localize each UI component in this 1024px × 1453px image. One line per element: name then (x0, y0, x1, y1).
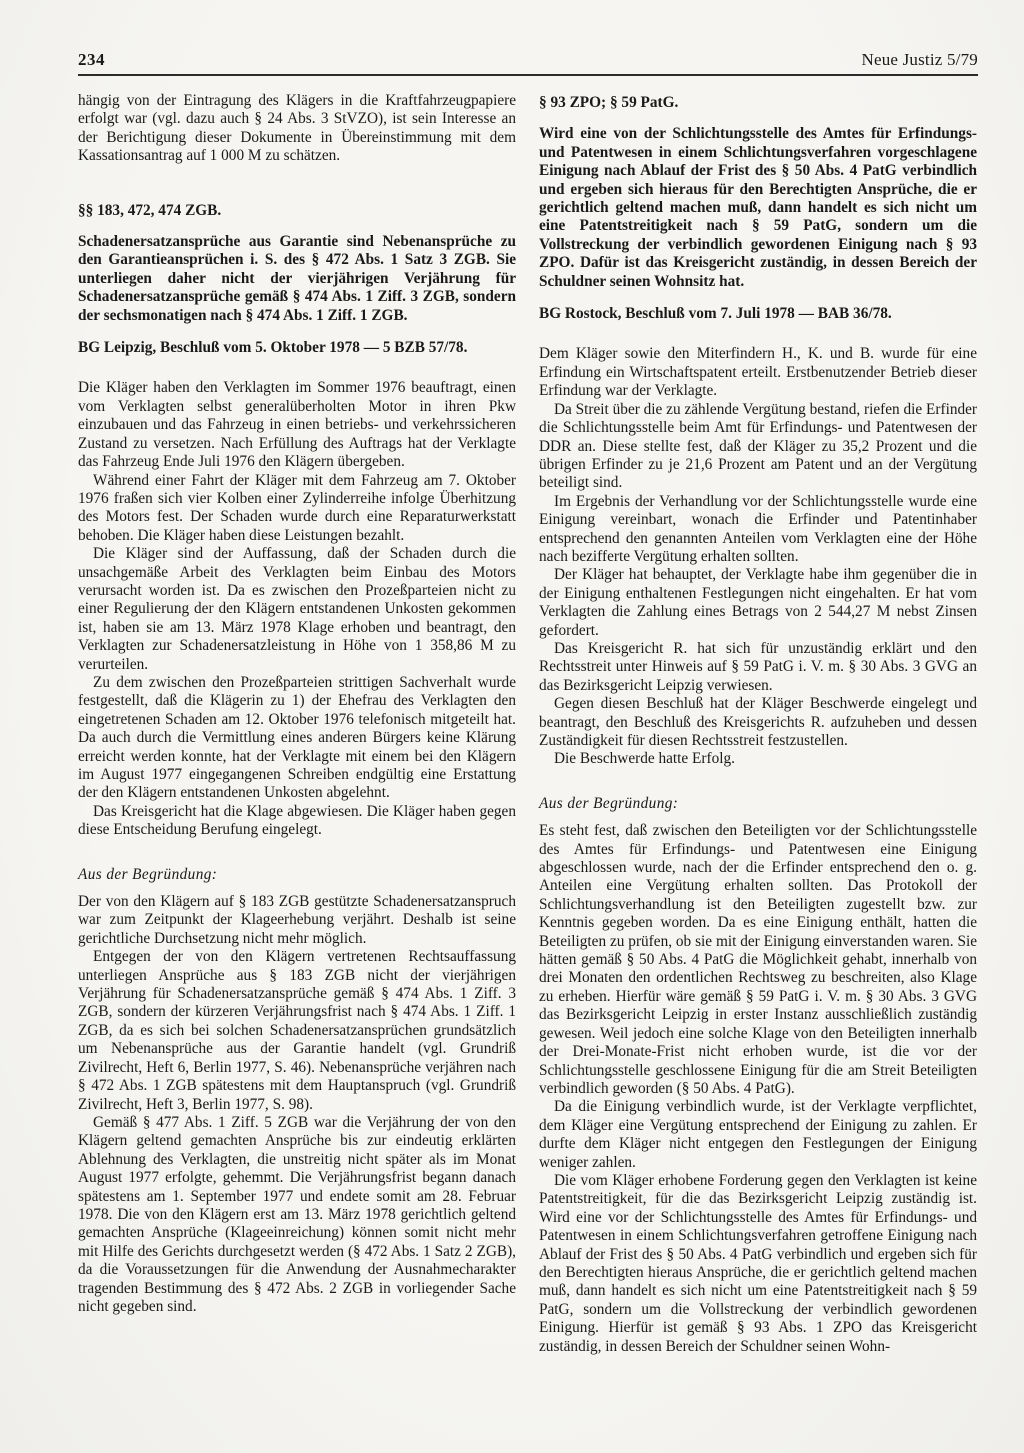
body-paragraph: Während einer Fahrt der Kläger mit dem F… (78, 472, 516, 546)
statute-heading: § 93 ZPO; § 59 PatG. (539, 94, 977, 112)
journal-page: 234 Neue Justiz 5/79 hängig von der Eint… (0, 0, 1024, 1453)
right-column: § 93 ZPO; § 59 PatG.Wird eine von der Sc… (539, 92, 977, 1356)
headnote-paragraph: Wird eine von der Schlichtungsstelle des… (539, 125, 977, 291)
body-paragraph: Zu dem zwischen den Prozeßparteien strit… (78, 674, 516, 803)
journal-title: Neue Justiz 5/79 (861, 50, 978, 70)
body-paragraph: Gegen diesen Beschluß hat der Kläger Bes… (539, 695, 977, 750)
page-number: 234 (78, 50, 105, 70)
body-paragraph: Da Streit über die zu zählende Vergütung… (539, 401, 977, 493)
body-paragraph: Das Kreisgericht R. hat sich für unzustä… (539, 640, 977, 695)
body-paragraph: Die Beschwerde hatte Erfolg. (539, 750, 977, 768)
court-decision-citation: BG Leipzig, Beschluß vom 5. Oktober 1978… (78, 339, 516, 357)
body-paragraph: Im Ergebnis der Verhandlung vor der Schl… (539, 493, 977, 567)
two-column-layout: hängig von der Eintragung des Klägers in… (78, 92, 978, 1356)
body-paragraph: Der Kläger hat behauptet, der Verklagte … (539, 566, 977, 640)
reasons-heading: Aus der Begründung: (539, 795, 977, 813)
body-paragraph: Dem Kläger sowie den Miterfindern H., K.… (539, 345, 977, 400)
body-paragraph: Der von den Klägern auf § 183 ZGB gestüt… (78, 893, 516, 948)
page-header: 234 Neue Justiz 5/79 (78, 50, 978, 76)
court-decision-citation: BG Rostock, Beschluß vom 7. Juli 1978 — … (539, 305, 977, 323)
body-paragraph: Die vom Kläger erhobene Forderung gegen … (539, 1172, 977, 1356)
left-column: hängig von der Eintragung des Klägers in… (78, 92, 516, 1356)
body-paragraph: Da die Einigung verbindlich wurde, ist d… (539, 1098, 977, 1172)
body-paragraph: Es steht fest, daß zwischen den Beteilig… (539, 822, 977, 1098)
body-paragraph: Die Kläger sind der Auffassung, daß der … (78, 545, 516, 674)
reasons-heading: Aus der Begründung: (78, 866, 516, 884)
headnote-paragraph: Schadenersatzansprüche aus Garantie sind… (78, 233, 516, 325)
body-paragraph: Die Kläger haben den Verklagten im Somme… (78, 379, 516, 471)
body-paragraph: Gemäß § 477 Abs. 1 Ziff. 5 ZGB war die V… (78, 1114, 516, 1316)
body-paragraph: hängig von der Eintragung des Klägers in… (78, 92, 516, 166)
body-paragraph: Das Kreisgericht hat die Klage abgewiese… (78, 803, 516, 840)
body-paragraph: Entgegen der von den Klägern vertretenen… (78, 948, 516, 1114)
statute-heading: §§ 183, 472, 474 ZGB. (78, 202, 516, 220)
